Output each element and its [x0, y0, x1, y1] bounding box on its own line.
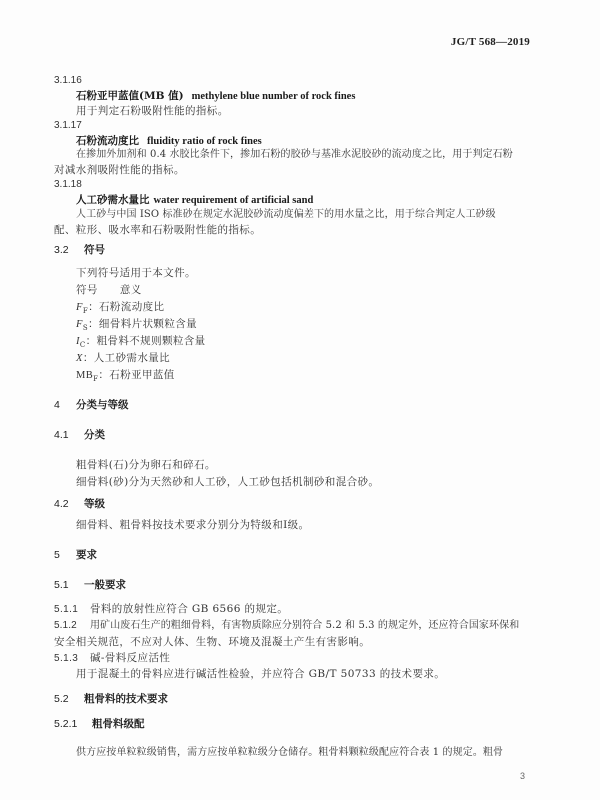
clause-text: 用矿山废石生产的粗细骨料，有害物质除应分别符合 5.2 和 5.3 的规定外，还… [90, 620, 519, 631]
heading-4-2: 4.2等级 [54, 497, 105, 511]
clause-5-1-1: 5.1.1骨料的放射性应符合 GB 6566 的规定。 [54, 602, 288, 617]
symbol-meaning: ：粗骨料不规则颗粒含量 [86, 335, 206, 347]
page-number: 3 [520, 771, 525, 781]
clause-number: 5.1.2 [54, 619, 84, 633]
clause-5-1-3-title: 5.1.3碱-骨料反应活性 [54, 651, 170, 666]
heading-title: 等级 [84, 498, 105, 510]
classification-coarse: 粗骨料(石)分为卵石和碎石。 [76, 458, 216, 472]
symbol-meaning: ：人工砂需水量比 [83, 352, 170, 364]
term-en: water requirement of artificial sand [154, 195, 314, 206]
term-zh: 石粉流动度比 [76, 135, 139, 147]
symbol-base: F [76, 302, 83, 313]
symbol-base: F [76, 319, 83, 330]
symbol-row: X：人工砂需水量比 [76, 351, 170, 369]
heading-4-1: 4.1分类 [54, 428, 105, 442]
heading-title: 一般要求 [84, 579, 126, 591]
symbol-meaning: ：石粉流动度比 [88, 301, 164, 313]
symbols-header: 符号意义 [76, 283, 142, 297]
heading-5-1: 5.1一般要求 [54, 578, 126, 592]
term-zh: 人工砂需水量比 [76, 194, 150, 206]
heading-4: 4分类与等级 [54, 398, 129, 412]
symbol-meaning: ：细骨料片状颗粒含量 [88, 318, 197, 330]
heading-5-2-1: 5.2.1粗骨料级配 [54, 717, 145, 731]
definition-3-1-18-line1: 人工砂与中国 ISO 标准砂在规定水泥胶砂流动度偏差下的用水量之比，用于综合判定… [76, 208, 496, 222]
standard-code: JG/T 568—2019 [451, 36, 530, 48]
heading-title: 分类与等级 [76, 399, 129, 411]
grade-text: 细骨料、粗骨料按技术要求分别分为特级和Ⅰ级。 [76, 518, 309, 532]
clause-text: 骨料的放射性应符合 GB 6566 的规定。 [90, 603, 288, 615]
heading-5-2: 5.2粗骨料的技术要求 [54, 692, 168, 706]
heading-number: 4.1 [54, 428, 76, 442]
definition-3-1-17-line1: 在掺加外加剂和 0.4 水胶比条件下，掺加石粉的胶砂与基准水泥胶砂的流动度之比，… [76, 148, 513, 162]
symbols-intro: 下列符号适用于本文件。 [76, 266, 196, 280]
symbol-base: MB [76, 370, 93, 381]
classification-fine: 细骨料(砂)分为天然砂和人工砂，人工砂包括机制砂和混合砂。 [76, 475, 379, 489]
clause-5-1-3-text: 用于混凝土的骨料应进行碱活性检验，并应符合 GB/T 50733 的技术要求。 [76, 667, 445, 681]
definition-3-1-16: 用于判定石粉吸附性能的指标。 [76, 104, 229, 118]
clause-5-2-1-text: 供方应按单粒粒级销售，需方应按单粒粒级分仓储存。粗骨料颗粒级配应符合表 1 的规… [76, 746, 503, 760]
document-page: JG/T 568—2019 3.1.16 石粉亚甲蓝值(MB 值)methyle… [0, 0, 600, 800]
clause-number-3-1-17: 3.1.17 [54, 119, 82, 133]
definition-3-1-18-line2: 配、粒形、吸水率和石粉吸附性能的指标。 [54, 223, 261, 237]
symbol-row: FS：细骨料片状颗粒含量 [76, 317, 197, 335]
term-en: methylene blue number of rock fines [192, 91, 356, 102]
heading-number: 5.2 [54, 692, 76, 706]
clause-number-3-1-18: 3.1.18 [54, 178, 82, 192]
col-meaning: 意义 [120, 283, 142, 297]
heading-5: 5要求 [54, 548, 97, 562]
term-zh: 石粉亚甲蓝值(MB 值) [76, 90, 184, 102]
term-3-1-18: 人工砂需水量比water requirement of artificial s… [76, 193, 313, 208]
heading-title: 符号 [84, 244, 105, 256]
clause-5-1-2-line1: 5.1.2用矿山废石生产的粗细骨料，有害物质除应分别符合 5.2 和 5.3 的… [54, 619, 519, 633]
term-3-1-17: 石粉流动度比fluidity ratio of rock fines [76, 134, 262, 149]
heading-number: 5.2.1 [54, 717, 84, 731]
clause-5-1-2-line2: 安全相关规范，不应对人体、生物、环境及混凝土产生有害影响。 [54, 635, 370, 649]
heading-3-2: 3.2符号 [54, 243, 105, 257]
heading-title: 粗骨料级配 [92, 718, 145, 730]
heading-number: 4 [54, 398, 68, 412]
symbol-row: FF：石粉流动度比 [76, 300, 164, 318]
symbol-base: X [76, 353, 83, 364]
heading-title: 要求 [76, 549, 97, 561]
definition-3-1-17-line2: 对减水剂吸附性能的指标。 [54, 163, 185, 177]
heading-title: 粗骨料的技术要求 [84, 693, 168, 705]
clause-number: 5.1.3 [54, 652, 84, 666]
heading-number: 5.1 [54, 578, 76, 592]
symbol-row: IC：粗骨料不规则颗粒含量 [76, 334, 206, 352]
heading-number: 4.2 [54, 497, 76, 511]
term-3-1-16: 石粉亚甲蓝值(MB 值)methylene blue number of roc… [76, 89, 355, 104]
heading-title: 分类 [84, 429, 105, 441]
clause-title: 碱-骨料反应活性 [90, 652, 170, 664]
col-symbol: 符号 [76, 283, 98, 297]
clause-number: 5.1.1 [54, 603, 84, 617]
symbol-meaning: ：石粉亚甲蓝值 [98, 369, 174, 381]
term-en: fluidity ratio of rock fines [147, 136, 262, 147]
heading-number: 5 [54, 548, 68, 562]
symbol-row: MBF：石粉亚甲蓝值 [76, 368, 175, 386]
heading-number: 3.2 [54, 243, 76, 257]
clause-number-3-1-16: 3.1.16 [54, 74, 82, 88]
